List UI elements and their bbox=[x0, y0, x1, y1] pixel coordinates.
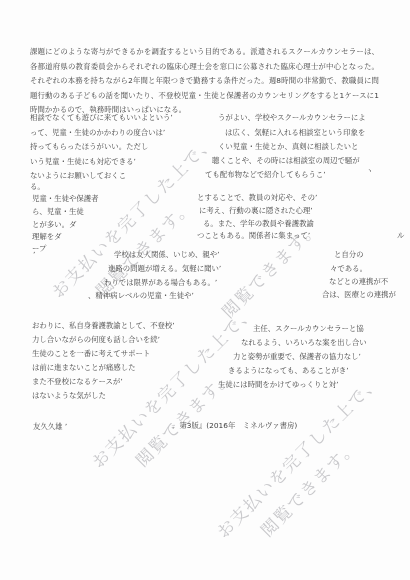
text-fragment: ないようにお願いしておくこ bbox=[30, 171, 126, 181]
text-fragment: とが多い。ダ bbox=[32, 220, 76, 230]
text-fragment: おわりに、私自身養護教諭として、不登校ʼ bbox=[32, 321, 175, 331]
payment-watermark: お支払いを完了した上で、閲覧できます。 bbox=[210, 368, 409, 567]
text-fragment: 力し合いながらの何度も話し合いを続ʼ bbox=[32, 335, 160, 345]
text-fragment: ら、児童・生徒 bbox=[32, 207, 84, 217]
text-fragment: 生徒のことを一番に考えてサポート bbox=[32, 349, 150, 359]
text-fragment: わりでは限界がある場合もある。ʼ bbox=[104, 278, 217, 288]
text-fragment: 持ってもらったほうがいい。ただし bbox=[30, 142, 148, 152]
text-fragment: って、児童・生徒のかかわりの度合いはʼ bbox=[30, 128, 165, 138]
text-fragment: ʼ bbox=[33, 250, 35, 260]
text-fragment: 生徒には時間をかけてゆっくりと対ʼ bbox=[218, 380, 339, 390]
text-fragment: ても配布物などで紹介してもらうこʼ bbox=[205, 170, 326, 180]
text-fragment: 主任、スクールカウンセラーと協 bbox=[253, 324, 364, 334]
text-fragment: 力と姿勢が重要で、保護者の協力なしʼ bbox=[233, 352, 361, 362]
text-fragment: ヽ bbox=[366, 166, 373, 176]
text-fragment: 学校は友人関係、いじめ、親やʼ bbox=[114, 250, 220, 260]
text-fragment: くい児童・生徒とか、真剣に相談したいと bbox=[218, 142, 358, 152]
text-fragment: なれるよう、いろいろな案を出し合い bbox=[241, 338, 367, 348]
text-fragment: と自分の bbox=[334, 250, 364, 260]
body-paragraph: 課題にどのような寄与ができるかを調査するという目的である。派遣されるスクールカウ… bbox=[30, 45, 379, 118]
text-fragment: 友久久雄 ʼ bbox=[33, 422, 67, 432]
text-fragment: はないような気がした bbox=[32, 391, 106, 401]
text-fragment: うがよい、学校やスクールカウンセラーによ bbox=[218, 113, 366, 123]
text-fragment: ル bbox=[397, 231, 404, 241]
text-fragment: は広く、気軽に入れる相談室という印象を bbox=[225, 128, 365, 138]
text-fragment: きるようになっても、あることがきʼ bbox=[228, 366, 349, 376]
text-fragment: 聴くことや、その時には相談室の周辺で騒が bbox=[212, 156, 360, 166]
text-fragment: とすることで、教員の対応や、そのʼ bbox=[197, 193, 317, 203]
text-fragment: 々である。 bbox=[330, 264, 367, 274]
text-fragment: 相談でなくても遊びに来てもいいよというʼ bbox=[30, 113, 173, 123]
text-fragment: る。 bbox=[30, 182, 45, 192]
text-fragment: また不登校になるケースがʼ bbox=[32, 377, 123, 387]
text-fragment: などとの連携が不 bbox=[329, 277, 388, 287]
text-fragment: は前に進まないことが痛感した bbox=[32, 363, 135, 373]
text-fragment: 進路の問題が増える。気軽に聞いʼ bbox=[108, 264, 221, 274]
text-fragment: つこともある。関係者に集まってʼ bbox=[197, 231, 310, 241]
watermark-line1: お支払いを完了した上で、 bbox=[210, 368, 388, 546]
text-fragment: いう児童・生徒にも対応できるʼ bbox=[30, 157, 136, 167]
text-fragment: に考え、行動の裏に隠された心理ʼ bbox=[199, 206, 313, 216]
text-fragment: 児童・生徒や保護者 bbox=[32, 194, 99, 204]
text-fragment: 理解をダ bbox=[32, 232, 62, 242]
text-fragment: る。また、学年の教員や養護教諭 bbox=[203, 219, 314, 229]
text-fragment: ．第3版』(2016年 ミネルヴァ書房) bbox=[172, 421, 297, 431]
text-fragment: 合は、医療との連携が bbox=[322, 290, 396, 300]
document-page: お支払いを完了した上で、閲覧できます。お支払いを完了した上で、閲覧できます。お支… bbox=[0, 0, 410, 580]
watermark-line2: 閲覧できます。 bbox=[231, 389, 409, 567]
text-fragment: 、精神病レベルの児童・生徒やʼ bbox=[88, 291, 194, 301]
